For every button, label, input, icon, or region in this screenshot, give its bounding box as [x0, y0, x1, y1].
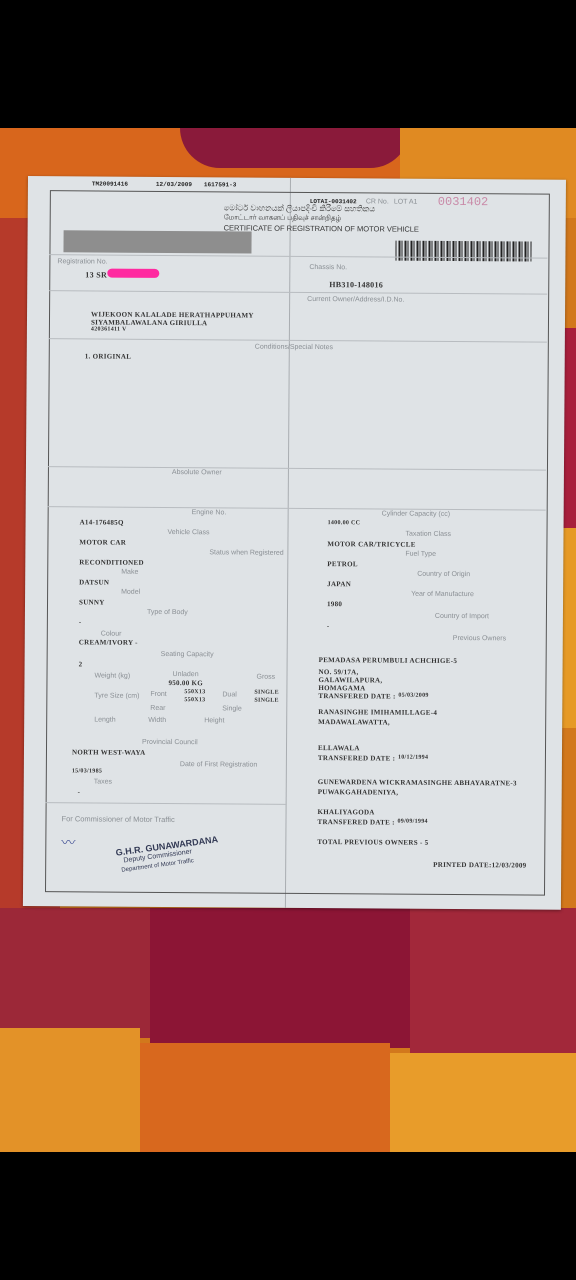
single-label: Single: [222, 705, 242, 712]
conditions-label: Conditions/Special Notes: [255, 344, 333, 352]
unladen-value: 950.00 KG: [168, 679, 203, 687]
prev-owner-3-line-1: GUNEWARDENA WICKRAMASINGHE ABHAYARATNE-3: [318, 778, 517, 787]
colour-value: CREAM/IVORY -: [79, 638, 138, 646]
origin-value: JAPAN: [327, 580, 351, 588]
model-value: SUNNY: [79, 598, 105, 606]
chassis-no-label: Chassis No.: [309, 264, 347, 271]
single-value: SINGLE: [254, 698, 279, 704]
registration-no-value: 13 SR: [85, 270, 107, 279]
seating-value: 2: [79, 660, 83, 668]
height-label: Height: [204, 717, 224, 724]
title-english: CERTIFICATE OF REGISTRATION OF MOTOR VEH…: [224, 223, 419, 233]
prev-owner-2-transfer-label: TRANSFERED DATE :: [318, 754, 395, 763]
title-tamil: மோட்டார் வாகனப் பதிவுச் சான்றிதழ்: [224, 213, 342, 223]
make-label: Make: [121, 569, 138, 576]
year-label: Year of Manufacture: [411, 591, 474, 598]
taxation-value: MOTOR CAR/TRICYCLE: [327, 540, 415, 549]
origin-label: Country of Origin: [417, 571, 470, 578]
weight-label: Weight (kg): [94, 672, 130, 679]
first-reg-value: 15/03/1985: [72, 768, 102, 774]
prev-owner-2-transfer-date: 10/12/1994: [398, 755, 428, 761]
seating-label: Seating Capacity: [161, 651, 214, 658]
status-label: Status when Registered: [209, 549, 283, 557]
gross-label: Gross: [256, 674, 275, 681]
registration-no-label: Registration No.: [57, 258, 107, 265]
import-value: -: [327, 622, 330, 630]
import-label: Country of Import: [435, 613, 489, 620]
commissioner-label: For Commissioner of Motor Traffic: [61, 814, 174, 824]
prev-owner-1-line-2: NO. 59/17A,: [319, 668, 359, 676]
registration-certificate: TM20091416 12/03/2009 1617591-3 LOTAI-00…: [23, 176, 566, 910]
rear-value: 550X13: [184, 697, 205, 703]
year-value: 1980: [327, 600, 342, 608]
prev-owner-3-line-2: PUWAKGAHADENIYA,: [318, 788, 399, 797]
engine-no-value: A14-176485Q: [80, 518, 124, 526]
prev-owner-2-line-4: ELLAWALA: [318, 744, 360, 752]
cylinder-label: Cylinder Capacity (cc): [382, 510, 451, 517]
type-of-body-value: -: [79, 618, 82, 626]
cylinder-value: 1400.00 CC: [328, 520, 361, 526]
fuel-label: Fuel Type: [405, 551, 436, 558]
dual-value: SINGLE: [254, 690, 279, 696]
prev-owner-1-line-1: PEMADASA PERUMBULI ACHCHIGE-5: [319, 656, 458, 665]
width-label: Width: [148, 717, 166, 724]
total-previous-owners: TOTAL PREVIOUS OWNERS - 5: [317, 838, 428, 847]
make-value: DATSUN: [79, 578, 109, 586]
prev-owner-1-transfer-label: TRANSFERED DATE :: [318, 692, 395, 701]
prev-owner-1-transfer-date: 05/03/2009: [398, 693, 428, 699]
model-label: Model: [121, 589, 140, 596]
ref-code: TM20091416: [92, 180, 128, 187]
prev-owner-2-line-2: MADAWALAWATTA,: [318, 718, 390, 727]
status-value: RECONDITIONED: [79, 558, 144, 566]
engine-no-label: Engine No.: [192, 509, 227, 516]
prev-owner-3-transfer-label: TRANSFERED DATE :: [317, 818, 394, 827]
redaction-mark: [107, 269, 159, 278]
taxes-value: -: [78, 788, 81, 796]
prev-owner-2-line-1: RANASINGHE IMIHAMILLAGE-4: [318, 708, 437, 717]
chassis-no-value: HB310-148016: [329, 280, 383, 289]
colour-label: Colour: [101, 631, 122, 638]
serial: 1617591-3: [204, 181, 236, 188]
printed-date: PRINTED DATE:12/03/2009: [433, 861, 526, 870]
front-label: Front: [150, 691, 166, 698]
unladen-label: Unladen: [172, 671, 198, 678]
dual-label: Dual: [222, 691, 236, 698]
previous-owners-label: Previous Owners: [453, 635, 506, 642]
rear-label: Rear: [150, 705, 165, 712]
provincial-label: Provincial Council: [142, 739, 198, 746]
taxes-label: Taxes: [94, 778, 112, 785]
absolute-owner-label: Absolute Owner: [172, 469, 222, 476]
prev-owner-3-transfer-date: 09/09/1994: [397, 819, 427, 825]
first-reg-label: Date of First Registration: [180, 761, 257, 769]
current-owner-label: Current Owner/Address/I.D.No.: [307, 296, 404, 304]
conditions-value: 1. ORIGINAL: [85, 352, 132, 360]
issue-date: 12/03/2009: [156, 181, 192, 188]
tyre-label: Tyre Size (cm): [94, 692, 139, 699]
vehicle-class-label: Vehicle Class: [167, 529, 209, 536]
provincial-value: NORTH WEST-WAYA: [72, 748, 146, 757]
prev-owner-3-line-4: KHALIYAGODA: [318, 808, 375, 816]
vehicle-class-value: MOTOR CAR: [79, 538, 126, 546]
length-label: Length: [94, 716, 115, 723]
owner-line-3: 420361411 V: [91, 326, 127, 332]
redacted-bar: [63, 230, 251, 253]
fuel-value: PETROL: [327, 560, 358, 568]
type-of-body-label: Type of Body: [147, 609, 188, 616]
signature-icon: 〰: [61, 832, 75, 852]
front-value: 550X13: [184, 689, 205, 695]
taxation-label: Taxation Class: [405, 531, 451, 538]
